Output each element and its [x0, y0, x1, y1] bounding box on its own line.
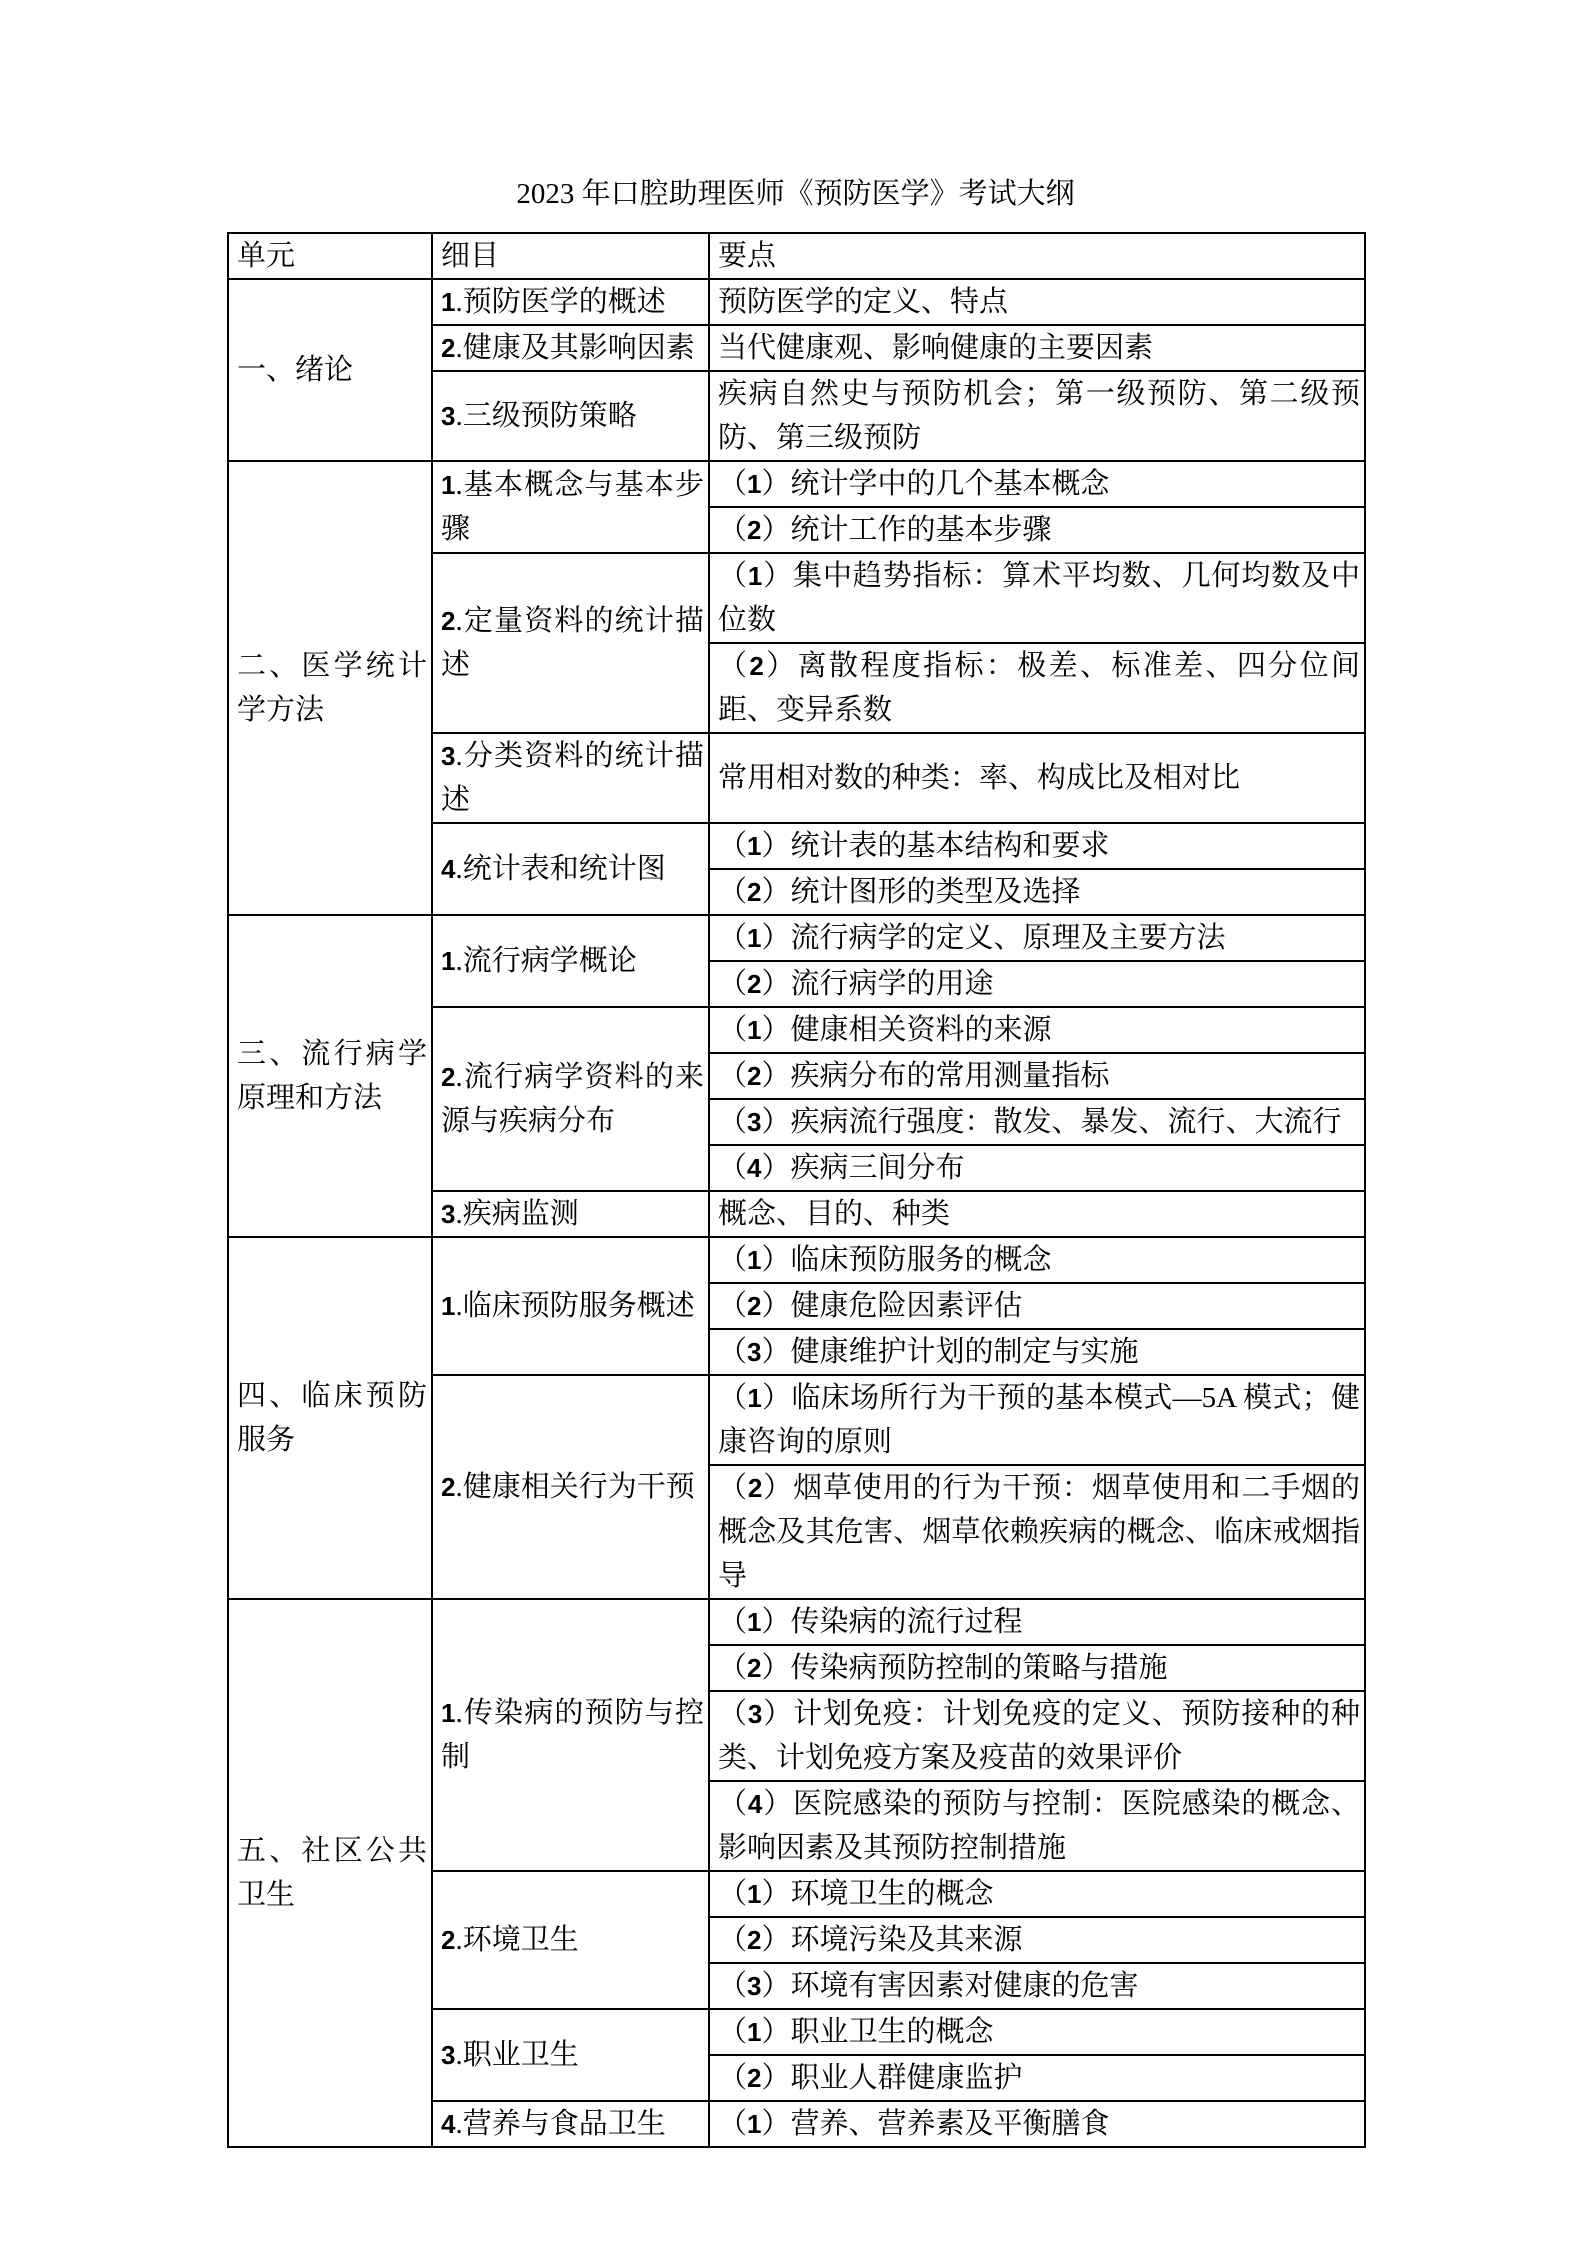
- point-cell: （1）营养、营养素及平衡膳食: [709, 2101, 1365, 2147]
- point-cell: 当代健康观、影响健康的主要因素: [709, 325, 1365, 371]
- point-cell: （1）统计学中的几个基本概念: [709, 461, 1365, 507]
- point-cell: （2）统计图形的类型及选择: [709, 869, 1365, 915]
- document-title: 2023 年口腔助理医师《预防医学》考试大纲: [227, 172, 1364, 216]
- point-cell: （1）临床预防服务的概念: [709, 1237, 1365, 1283]
- table-row: 四、临床预防服务1.临床预防服务概述（1）临床预防服务的概念: [228, 1237, 1365, 1283]
- point-cell: （1）传染病的流行过程: [709, 1599, 1365, 1645]
- column-header-item: 细目: [432, 233, 709, 279]
- point-cell: （3）疾病流行强度：散发、暴发、流行、大流行: [709, 1099, 1365, 1145]
- point-cell: （2）统计工作的基本步骤: [709, 507, 1365, 553]
- point-cell: （3）计划免疫：计划免疫的定义、预防接种的种类、计划免疫方案及疫苗的效果评价: [709, 1691, 1365, 1781]
- item-cell: 2.健康及其影响因素: [432, 325, 709, 371]
- item-cell: 1.基本概念与基本步骤: [432, 461, 709, 553]
- item-cell: 1.预防医学的概述: [432, 279, 709, 325]
- point-cell: （2）疾病分布的常用测量指标: [709, 1053, 1365, 1099]
- point-cell: （1）统计表的基本结构和要求: [709, 823, 1365, 869]
- item-cell: 1.临床预防服务概述: [432, 1237, 709, 1375]
- item-cell: 4.营养与食品卫生: [432, 2101, 709, 2147]
- syllabus-table: 单元 细目 要点 一、绪论1.预防医学的概述预防医学的定义、特点2.健康及其影响…: [227, 232, 1366, 2148]
- point-cell: （1）职业卫生的概念: [709, 2009, 1365, 2055]
- table-row: 五、社区公共卫生1.传染病的预防与控制（1）传染病的流行过程: [228, 1599, 1365, 1645]
- item-cell: 1.传染病的预防与控制: [432, 1599, 709, 1871]
- table-header-row: 单元 细目 要点: [228, 233, 1365, 279]
- point-cell: （2）健康危险因素评估: [709, 1283, 1365, 1329]
- item-cell: 2.定量资料的统计描述: [432, 553, 709, 733]
- point-cell: 常用相对数的种类：率、构成比及相对比: [709, 733, 1365, 823]
- item-cell: 3.分类资料的统计描述: [432, 733, 709, 823]
- point-cell: （1）健康相关资料的来源: [709, 1007, 1365, 1053]
- syllabus-table-body: 一、绪论1.预防医学的概述预防医学的定义、特点2.健康及其影响因素当代健康观、影…: [228, 279, 1365, 2147]
- column-header-points: 要点: [709, 233, 1365, 279]
- document-page: 2023 年口腔助理医师《预防医学》考试大纲 单元 细目 要点 一、绪论1.预防…: [0, 0, 1587, 2245]
- item-cell: 3.疾病监测: [432, 1191, 709, 1237]
- point-cell: （1）环境卫生的概念: [709, 1871, 1365, 1917]
- point-cell: （1）临床场所行为干预的基本模式—5A 模式；健康咨询的原则: [709, 1375, 1365, 1465]
- point-cell: 疾病自然史与预防机会；第一级预防、第二级预防、第三级预防: [709, 371, 1365, 461]
- item-cell: 1.流行病学概论: [432, 915, 709, 1007]
- point-cell: （4）疾病三间分布: [709, 1145, 1365, 1191]
- point-cell: （1）流行病学的定义、原理及主要方法: [709, 915, 1365, 961]
- point-cell: （3）环境有害因素对健康的危害: [709, 1963, 1365, 2009]
- item-cell: 2.环境卫生: [432, 1871, 709, 2009]
- unit-cell: 二、医学统计学方法: [228, 461, 432, 915]
- point-cell: （2）职业人群健康监护: [709, 2055, 1365, 2101]
- item-cell: 4.统计表和统计图: [432, 823, 709, 915]
- item-cell: 2.健康相关行为干预: [432, 1375, 709, 1599]
- point-cell: （4）医院感染的预防与控制：医院感染的概念、影响因素及其预防控制措施: [709, 1781, 1365, 1871]
- unit-cell: 四、临床预防服务: [228, 1237, 432, 1599]
- unit-cell: 五、社区公共卫生: [228, 1599, 432, 2147]
- column-header-unit: 单元: [228, 233, 432, 279]
- item-cell: 3.三级预防策略: [432, 371, 709, 461]
- unit-cell: 一、绪论: [228, 279, 432, 461]
- item-cell: 3.职业卫生: [432, 2009, 709, 2101]
- point-cell: （2）离散程度指标：极差、标准差、四分位间距、变异系数: [709, 643, 1365, 733]
- point-cell: 概念、目的、种类: [709, 1191, 1365, 1237]
- item-cell: 2.流行病学资料的来源与疾病分布: [432, 1007, 709, 1191]
- point-cell: （1）集中趋势指标：算术平均数、几何均数及中位数: [709, 553, 1365, 643]
- point-cell: （2）环境污染及其来源: [709, 1917, 1365, 1963]
- point-cell: （2）烟草使用的行为干预：烟草使用和二手烟的概念及其危害、烟草依赖疾病的概念、临…: [709, 1465, 1365, 1599]
- point-cell: 预防医学的定义、特点: [709, 279, 1365, 325]
- table-row: 三、流行病学原理和方法1.流行病学概论（1）流行病学的定义、原理及主要方法: [228, 915, 1365, 961]
- table-row: 二、医学统计学方法1.基本概念与基本步骤（1）统计学中的几个基本概念: [228, 461, 1365, 507]
- point-cell: （3）健康维护计划的制定与实施: [709, 1329, 1365, 1375]
- point-cell: （2）流行病学的用途: [709, 961, 1365, 1007]
- unit-cell: 三、流行病学原理和方法: [228, 915, 432, 1237]
- point-cell: （2）传染病预防控制的策略与措施: [709, 1645, 1365, 1691]
- table-row: 一、绪论1.预防医学的概述预防医学的定义、特点: [228, 279, 1365, 325]
